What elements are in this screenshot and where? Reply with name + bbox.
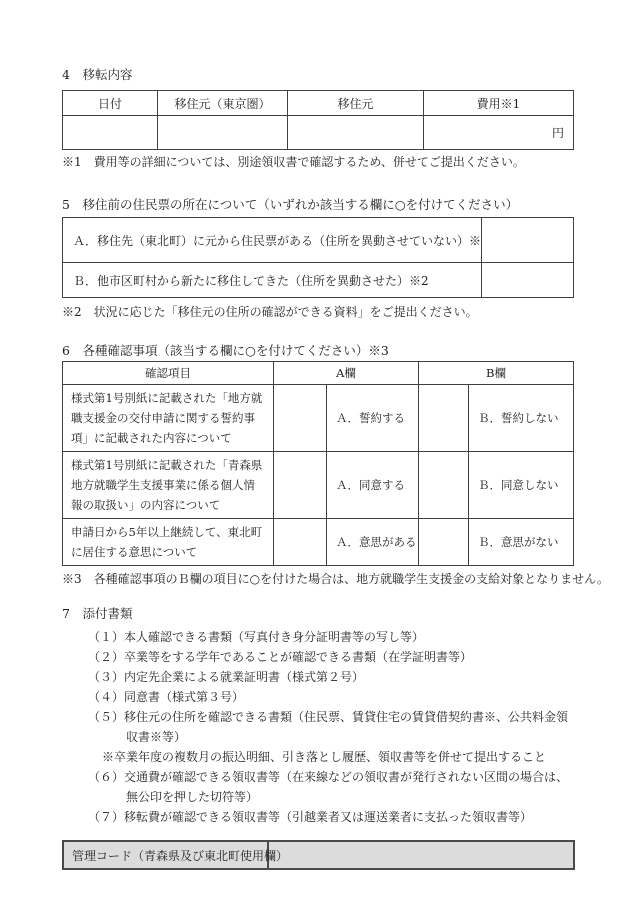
note-asterisk2: ※2 状況に応じた「移住元の住所の確認ができる資料」をご提出ください。: [62, 304, 573, 321]
option-a-row: Ａ．移住先（東北町）に元から住民票がある（住所を異動させていない）※2: [63, 218, 574, 263]
row1-b-choice: Ｂ．誓約しない: [469, 385, 574, 452]
origin-tokyo-entry-cell: [158, 116, 288, 150]
row1-item-text: 様式第1号別紙に記載された「地方就職支援金の交付申請に関する誓約事項」に記載され…: [63, 385, 274, 452]
section5-title: 5 移住前の住民票の所在について（いずれか該当する欄に○を付けてください）: [62, 196, 573, 213]
attachment-item-4: （４）同意書（様式第３号）: [88, 687, 573, 707]
confirmation-items-table: 確認項目 A欄 B欄 様式第1号別紙に記載された「地方就職支援金の交付申請に関す…: [62, 361, 574, 566]
confirmation-row-3: 申請日から5年以上継続して、東北町に居住する意思について Ａ．意思がある Ｂ．意…: [63, 519, 574, 566]
section7-title: 7 添付書類: [62, 605, 573, 622]
section6-title: 6 各種確認事項（該当する欄に○を付けてください）※3: [62, 342, 573, 359]
option-b-row: Ｂ．他市区町村から新たに移住してきた（住所を異動させた）※2: [63, 263, 574, 298]
option-a-label: Ａ．移住先（東北町）に元から住民票がある（住所を異動させていない）※2: [63, 218, 482, 263]
note-asterisk1: ※1 費用等の詳細については、別途領収書で確認するため、併せてご提出ください。: [62, 154, 573, 171]
option-b-circle-cell: [482, 263, 574, 298]
admin-code-entry-cell: [268, 841, 574, 869]
attachment-list: （１）本人確認できる書類（写真付き身分証明書等の写し等） （２）卒業等をする学年…: [62, 627, 573, 827]
header-date: 日付: [63, 91, 158, 116]
row1-a-circle-cell: [274, 385, 327, 452]
row2-a-choice: Ａ．同意する: [327, 452, 419, 519]
note-asterisk3: ※3 各種確認事項のＢ欄の項目に○を付けた場合は、地方就職学生支援金の支給対象と…: [62, 571, 573, 588]
section4-title: 4 移転内容: [62, 66, 573, 83]
header-confirmation-item: 確認項目: [63, 362, 274, 385]
attachment-item-1: （１）本人確認できる書類（写真付き身分証明書等の写し等）: [88, 627, 573, 647]
attachment-item-7: （７）移転費が確認できる領収書等（引越業者又は運送業者に支払った領収書等）: [88, 807, 573, 827]
row3-b-circle-cell: [419, 519, 469, 566]
relocation-table-header-row: 日付 移住元（東京圏） 移住元 費用※1: [63, 91, 574, 116]
relocation-table-entry-row: 円: [63, 116, 574, 150]
residence-certificate-table: Ａ．移住先（東北町）に元から住民票がある（住所を異動させていない）※2 Ｂ．他市…: [62, 217, 574, 298]
date-entry-cell: [63, 116, 158, 150]
form-page: 4 移転内容 日付 移住元（東京圏） 移住元 費用※1 円 ※1 費用等の詳細に…: [0, 0, 630, 903]
attachment-item-3: （３）内定先企業による就業証明書（様式第２号）: [88, 667, 573, 687]
confirmation-row-1: 様式第1号別紙に記載された「地方就職支援金の交付申請に関する誓約事項」に記載され…: [63, 385, 574, 452]
row3-item-text: 申請日から5年以上継続して、東北町に居住する意思について: [63, 519, 274, 566]
attachment-item-6: （６）交通費が確認できる領収書等（在来線などの領収書が発行されない区間の場合は、…: [88, 767, 573, 807]
option-a-circle-cell: [482, 218, 574, 263]
relocation-details-table: 日付 移住元（東京圏） 移住元 費用※1 円: [62, 90, 574, 150]
row3-a-choice: Ａ．意思がある: [327, 519, 419, 566]
row2-b-circle-cell: [419, 452, 469, 519]
row1-a-choice: Ａ．誓約する: [327, 385, 419, 452]
attachment-item-2: （２）卒業等をする学年であることが確認できる書類（在学証明書等）: [88, 647, 573, 667]
header-column-b: B欄: [419, 362, 574, 385]
cost-entry-cell: 円: [424, 116, 574, 150]
confirmation-header-row: 確認項目 A欄 B欄: [63, 362, 574, 385]
header-origin-tokyo: 移住元（東京圏）: [158, 91, 288, 116]
admin-code-row: 管理コード（青森県及び東北町使用欄）: [63, 841, 574, 869]
row2-b-choice: Ｂ．同意しない: [469, 452, 574, 519]
admin-code-table: 管理コード（青森県及び東北町使用欄）: [62, 840, 575, 870]
header-column-a: A欄: [274, 362, 419, 385]
row2-a-circle-cell: [274, 452, 327, 519]
origin-entry-cell: [288, 116, 424, 150]
row3-a-circle-cell: [274, 519, 327, 566]
admin-code-label: 管理コード（青森県及び東北町使用欄）: [63, 841, 268, 869]
confirmation-row-2: 様式第1号別紙に記載された「青森県地方就職学生支援事業に係る個人情報の取扱い」の…: [63, 452, 574, 519]
row3-b-choice: Ｂ．意思がない: [469, 519, 574, 566]
row2-item-text: 様式第1号別紙に記載された「青森県地方就職学生支援事業に係る個人情報の取扱い」の…: [63, 452, 274, 519]
header-cost: 費用※1: [424, 91, 574, 116]
option-b-label: Ｂ．他市区町村から新たに移住してきた（住所を異動させた）※2: [63, 263, 482, 298]
attachment-item-5: （５）移住元の住所を確認できる書類（住民票、賃貸住宅の賃貸借契約書※、公共料金領…: [88, 707, 573, 747]
row1-b-circle-cell: [419, 385, 469, 452]
header-origin: 移住元: [288, 91, 424, 116]
attachment-item-5-subnote: ※卒業年度の複数月の振込明細、引き落とし履歴、領収書等を併せて提出すること: [102, 747, 573, 767]
